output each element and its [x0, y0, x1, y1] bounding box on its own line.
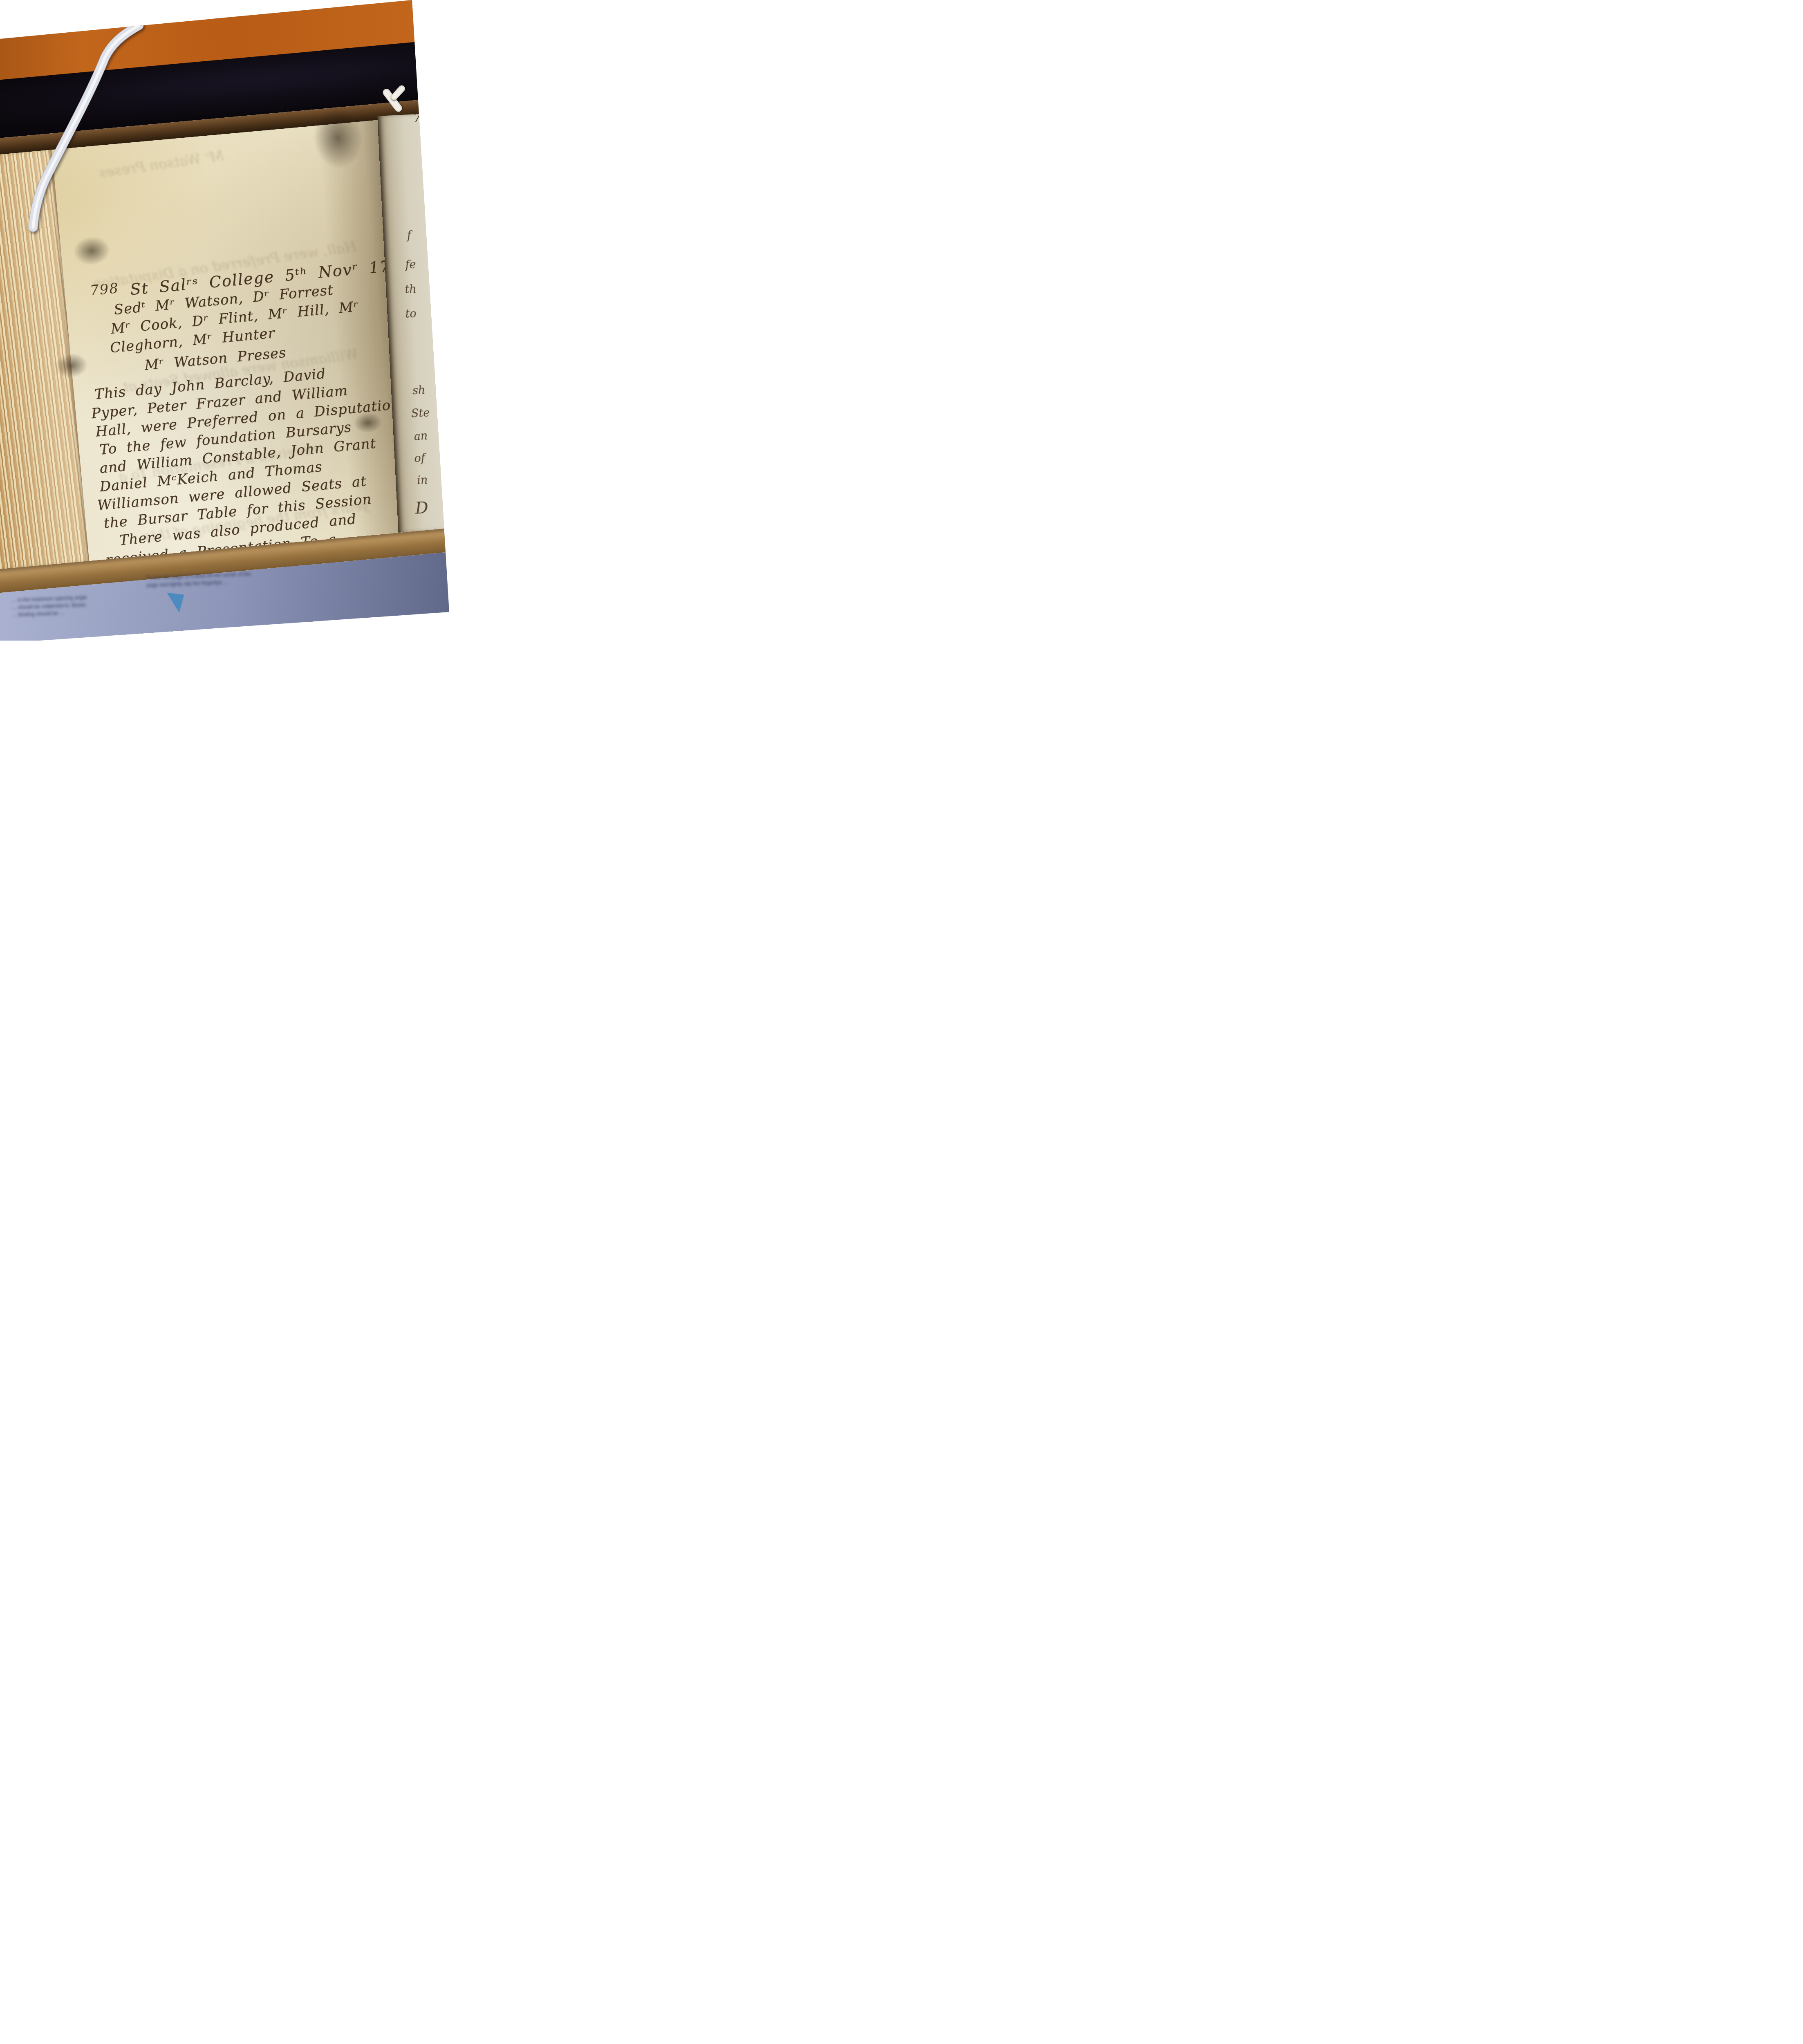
cord-beads: [33, 25, 139, 227]
signature: Robᵗ: Watson: [285, 631, 393, 641]
manuscript-line: Session: [114, 637, 172, 641]
photograph: Mʳ Watson Preses Hall, were Preferred on…: [0, 0, 451, 641]
cord-highlight: [33, 25, 139, 227]
cord-base: [33, 25, 139, 227]
book-weight-cord: [0, 0, 451, 641]
